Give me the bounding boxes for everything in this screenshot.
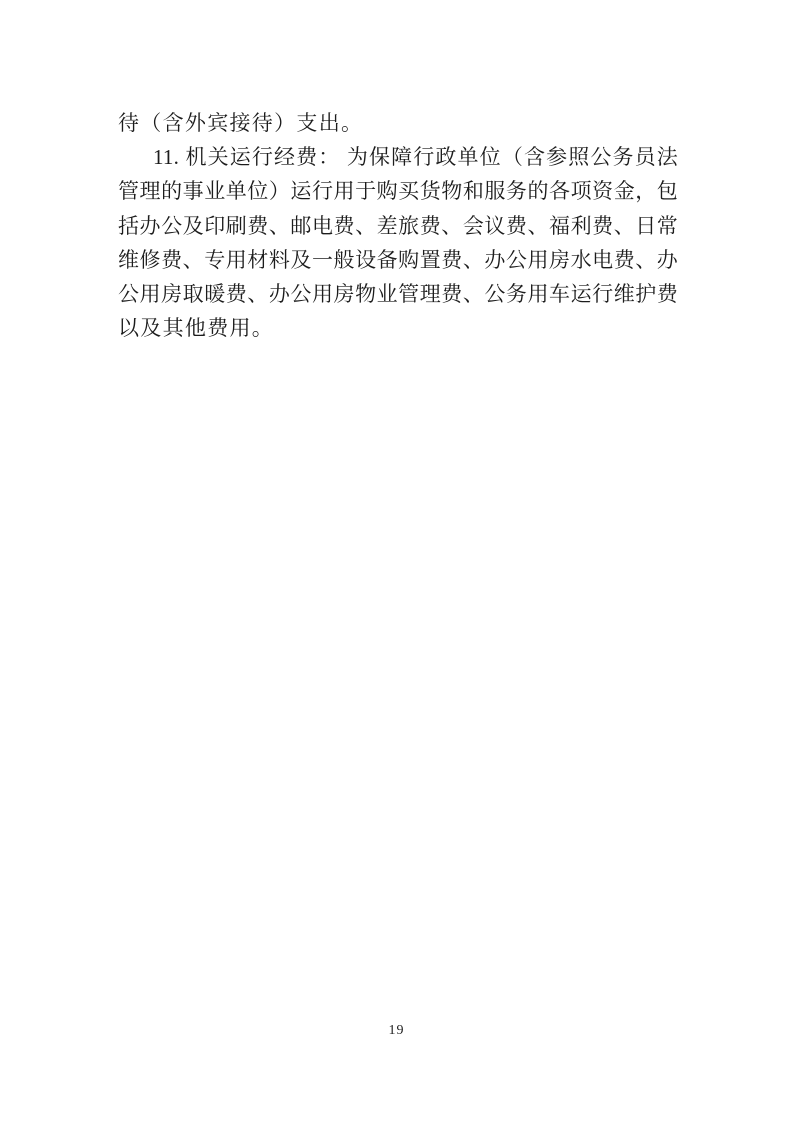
text-line-1: 待（含外宾接待）支出。 xyxy=(118,106,678,140)
text-line-3: 管理的事业单位）运行用于购买货物和服务的各项资金，包 xyxy=(118,174,678,208)
document-page: 待（含外宾接待）支出。 11. 机关运行经费： 为保障行政单位（含参照公务员法 … xyxy=(0,0,793,1122)
page-footer: 19 xyxy=(0,1021,793,1039)
text-block: 待（含外宾接待）支出。 11. 机关运行经费： 为保障行政单位（含参照公务员法 … xyxy=(118,106,678,345)
text-line-6: 公用房取暖费、办公用房物业管理费、公务用车运行维护费 xyxy=(118,277,678,311)
text-line-2: 11. 机关运行经费： 为保障行政单位（含参照公务员法 xyxy=(118,140,678,174)
text-line-5: 维修费、专用材料及一般设备购置费、办公用房水电费、办 xyxy=(118,243,678,277)
page-number: 19 xyxy=(389,1023,405,1038)
text-line-4: 括办公及印刷费、邮电费、差旅费、会议费、福利费、日常 xyxy=(118,209,678,243)
text-line-7: 以及其他费用。 xyxy=(118,311,678,345)
